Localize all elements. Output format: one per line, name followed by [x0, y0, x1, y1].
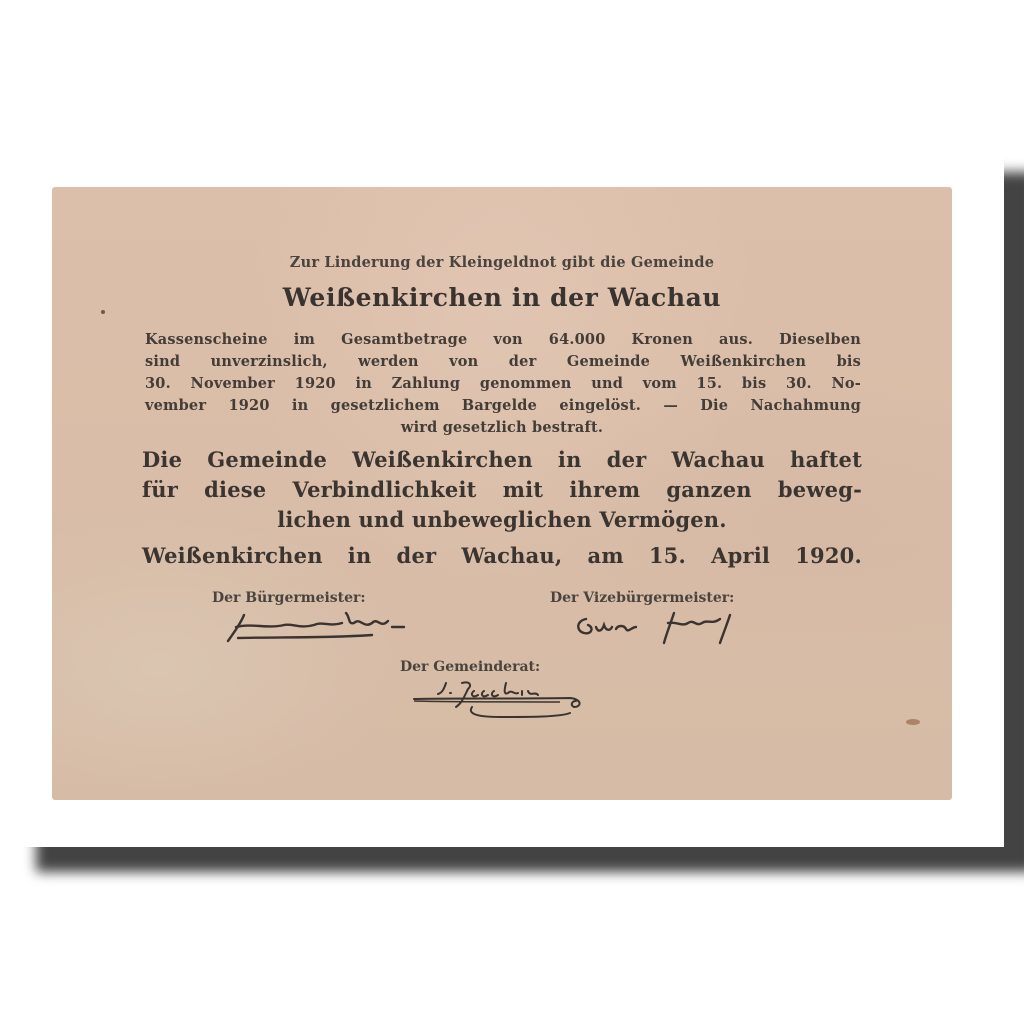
paper-stain [906, 719, 920, 725]
deputy-mayor-signature-icon [570, 605, 760, 647]
council-label: Der Gemeinderat: [400, 659, 540, 675]
photo-card: Zur Linderung der Kleingeldnot gibt die … [0, 0, 1004, 847]
paragraph2-line-2: für diese Verbindlichkeit mit ihrem ganz… [142, 477, 862, 502]
header-line: Zur Linderung der Kleingeldnot gibt die … [52, 254, 952, 271]
mayor-label: Der Bürgermeister: [212, 590, 366, 606]
paragraph2-line-1: Die Gemeinde Weißenkirchen in der Wachau… [142, 447, 862, 472]
place-date: Weißenkirchen in der Wachau, am 15. Apri… [142, 543, 862, 568]
paragraph1-line-4: vember 1920 in gesetzlichem Bargelde ein… [145, 397, 861, 414]
paragraph1-line-5: wird gesetzlich bestraft. [52, 419, 952, 436]
issuer-title: Weißenkirchen in der Wachau [52, 283, 952, 312]
paragraph1-line-1: Kassenscheine im Gesamtbetrage von 64.00… [145, 331, 861, 348]
banknote: Zur Linderung der Kleingeldnot gibt die … [52, 187, 952, 800]
deputy-mayor-label: Der Vizebürgermeister: [550, 590, 734, 606]
paragraph1-line-2: sind unverzinslich, werden von der Gemei… [145, 353, 861, 370]
paragraph2-line-3: lichen und unbeweglichen Vermögen. [52, 507, 952, 532]
mayor-signature-icon [222, 607, 412, 647]
council-signature-icon [410, 677, 590, 727]
paragraph1-line-3: 30. November 1920 in Zahlung genommen un… [145, 375, 861, 392]
